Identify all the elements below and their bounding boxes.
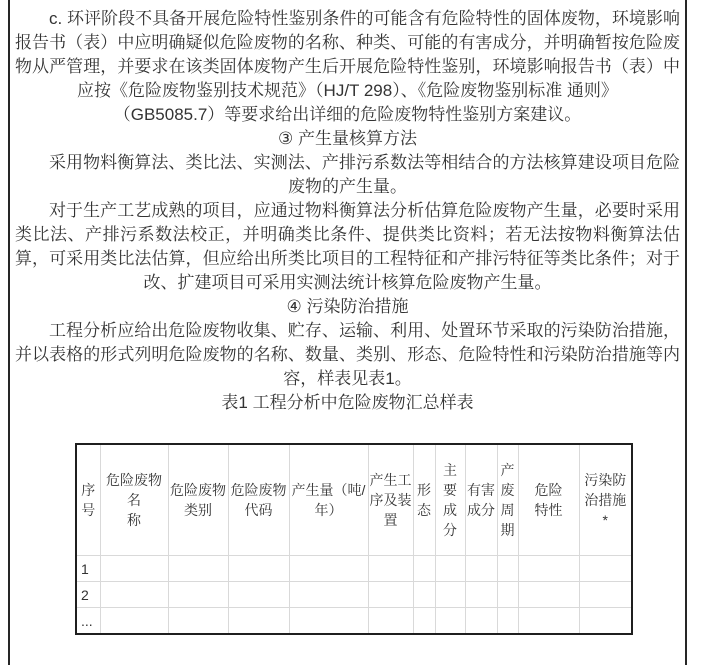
table-header-cell: 产生工 序及装 置 [368, 444, 413, 556]
table-header-cell: 危险 特性 [518, 444, 579, 556]
text-line: 类比法、产排污系数法校正，并明确类比条件、提供类比资料；若无法按物料衡算法估 [15, 223, 680, 247]
table-cell [100, 556, 168, 582]
text-line: 并以表格的形式列明危险废物的名称、数量、类别、形态、危险特性和污染防治措施等内 [15, 343, 680, 367]
document-sheet: c. 环评阶段不具备开展危险特性鉴别条件的可能含有危险特性的固体废物，环境影响报… [8, 0, 687, 665]
table-cell [435, 556, 465, 582]
text-line: （GB5085.7）等要求给出详细的危险废物特性鉴别方案建议。 [15, 103, 680, 127]
table-cell [413, 556, 435, 582]
table-header-cell: 危险废物 类别 [168, 444, 228, 556]
table-header-cell: 污染防 治措施 * [579, 444, 632, 556]
table-cell: 2 [76, 582, 100, 608]
table-cell [465, 556, 497, 582]
table-cell [497, 556, 518, 582]
table-header-cell: 主要 成分 [435, 444, 465, 556]
table-cell [518, 582, 579, 608]
table-header-row: 序 号危险废物名 称危险废物 类别危险废物 代码产生量（吨/ 年）产生工 序及装… [76, 444, 632, 556]
table-cell [368, 556, 413, 582]
text-line: 容，样表见表1。 [15, 367, 680, 391]
table-header-cell: 危险废物 代码 [228, 444, 289, 556]
table-header-cell: 产 废 周 期 [497, 444, 518, 556]
table-header-cell: 危险废物名 称 [100, 444, 168, 556]
table-cell [228, 556, 289, 582]
table-row: ... [76, 608, 632, 635]
table-cell [579, 556, 632, 582]
table-cell [465, 582, 497, 608]
table-header-cell: 序 号 [76, 444, 100, 556]
table-header-cell: 产生量（吨/ 年） [289, 444, 368, 556]
table-cell [518, 608, 579, 635]
table-cell [168, 556, 228, 582]
table-cell [435, 608, 465, 635]
table-cell [228, 582, 289, 608]
table-cell [579, 582, 632, 608]
table-cell [100, 582, 168, 608]
table-cell [289, 608, 368, 635]
text-line: 工程分析应给出危险废物收集、贮存、运输、利用、处置环节采取的污染防治措施， [15, 319, 680, 343]
table-cell [100, 608, 168, 635]
table-cell [413, 608, 435, 635]
text-line: ④ 污染防治措施 [15, 295, 680, 319]
table-cell [579, 608, 632, 635]
hazardous-waste-summary-table: 序 号危险废物名 称危险废物 类别危险废物 代码产生量（吨/ 年）产生工 序及装… [75, 443, 633, 635]
table-row: 2 [76, 582, 632, 608]
text-line: 物从严管理，并要求在该类固体废物产生后开展危险特性鉴别，环境影响报告书（表）中 [15, 55, 680, 79]
table-cell [368, 608, 413, 635]
table-cell [168, 582, 228, 608]
table-cell [497, 582, 518, 608]
text-line: c. 环评阶段不具备开展危险特性鉴别条件的可能含有危险特性的固体废物，环境影响 [15, 7, 680, 31]
document-page: c. 环评阶段不具备开展危险特性鉴别条件的可能含有危险特性的固体废物，环境影响报… [0, 0, 703, 665]
table-cell [368, 582, 413, 608]
table-caption: 表1 工程分析中危险废物汇总样表 [15, 391, 680, 415]
text-line: 采用物料衡算法、类比法、实测法、产排污系数法等相结合的方法核算建设项目危险 [15, 151, 680, 175]
table-cell: ... [76, 608, 100, 635]
table-header-cell: 形 态 [413, 444, 435, 556]
text-line: ③ 产生量核算方法 [15, 127, 680, 151]
table-cell [435, 582, 465, 608]
table-cell [289, 556, 368, 582]
table-cell: 1 [76, 556, 100, 582]
table-cell [518, 556, 579, 582]
text-line: 算，可采用类比法估算，但应给出所类比项目的工程特征和产排污特征等类比条件；对于 [15, 247, 680, 271]
text-line: 应按《危险废物鉴别技术规范》（HJ/T 298）、《危险废物鉴别标准 通则》 [15, 79, 680, 103]
table-cell [465, 608, 497, 635]
table-cell [413, 582, 435, 608]
table-cell [228, 608, 289, 635]
table-cell [289, 582, 368, 608]
body-text: c. 环评阶段不具备开展危险特性鉴别条件的可能含有危险特性的固体废物，环境影响报… [15, 7, 680, 391]
table-row: 1 [76, 556, 632, 582]
table-cell [497, 608, 518, 635]
table-cell [168, 608, 228, 635]
text-line: 报告书（表）中应明确疑似危险废物的名称、种类、可能的有害成分，并明确暂按危险废 [15, 31, 680, 55]
text-line: 废物的产生量。 [15, 175, 680, 199]
table-header-cell: 有害 成分 [465, 444, 497, 556]
text-line: 改、扩建项目可采用实测法统计核算危险废物产生量。 [15, 271, 680, 295]
text-line: 对于生产工艺成熟的项目，应通过物料衡算法分析估算危险废物产生量，必要时采用 [15, 199, 680, 223]
table-body: 12... [76, 556, 632, 635]
